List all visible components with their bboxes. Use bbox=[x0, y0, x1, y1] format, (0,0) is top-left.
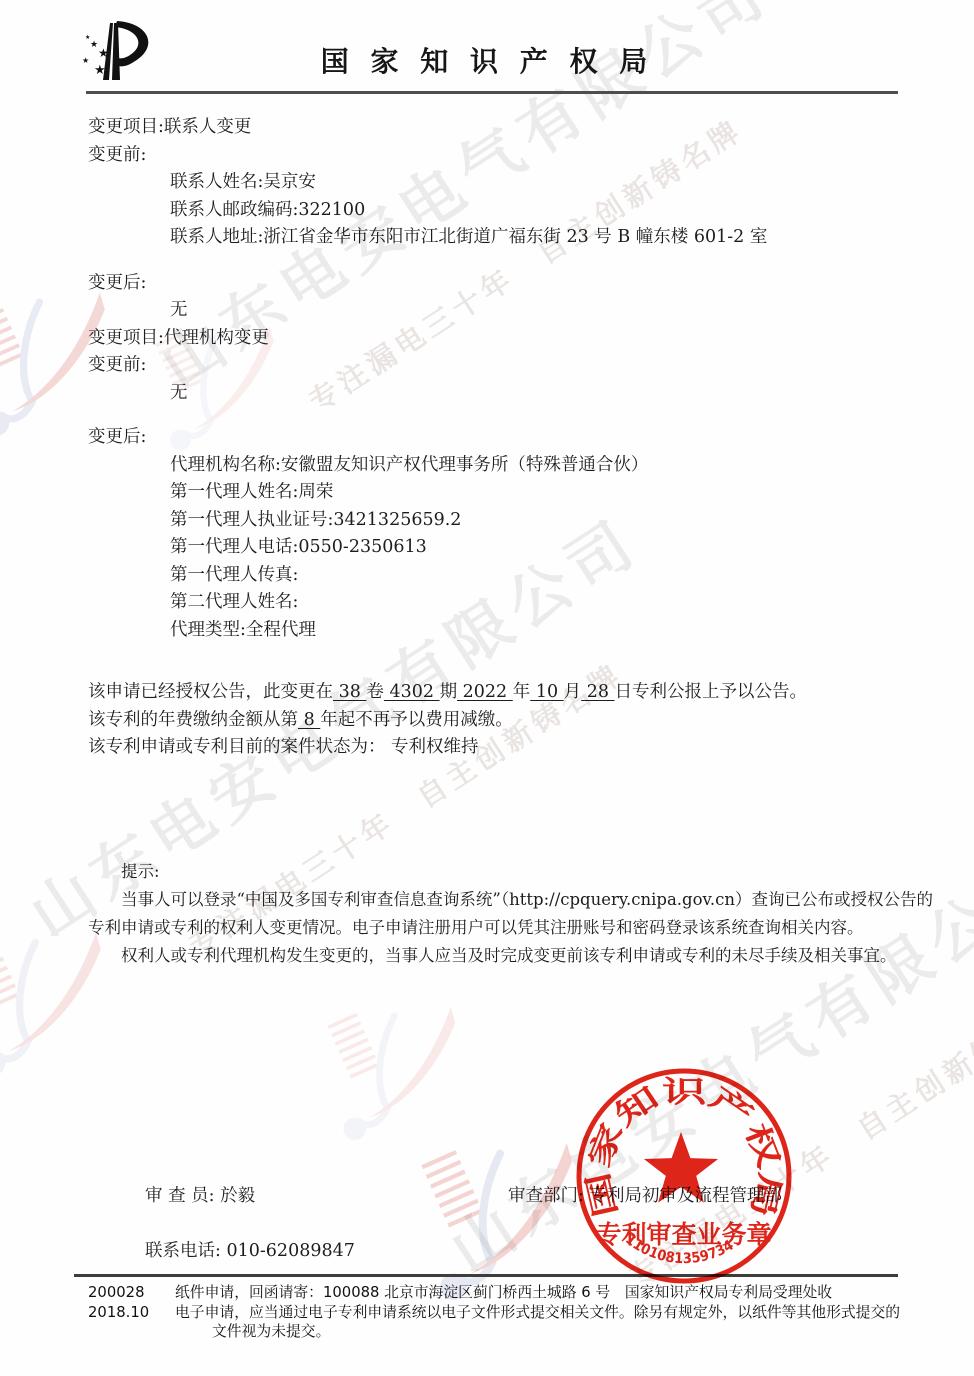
doc-line: 第二代理人姓名: bbox=[88, 589, 936, 617]
doc-line: 第一代理人传真: bbox=[88, 562, 936, 590]
doc-line: 第一代理人姓名:周荣 bbox=[88, 479, 936, 507]
doc-line: 变更项目:联系人变更 bbox=[88, 114, 936, 142]
document-page: 山东电安电气有限公司 专注漏电三十年 自主创新铸名牌 山东电安电气有限公司 专注… bbox=[0, 0, 974, 1376]
doc-line: 第一代理人电话:0550-2350613 bbox=[88, 534, 936, 562]
doc-line: 联系人姓名:吴京安 bbox=[88, 169, 936, 197]
official-seal: 国家知识产权局 专利审查业务章 1101081359734 bbox=[570, 1062, 798, 1290]
notice-paragraph: 当事人可以登录“中国及多国专利审查信息查询系统”（http://cpquery.… bbox=[88, 886, 940, 942]
seal-title-text: 专利审查业务章 bbox=[596, 1220, 771, 1249]
doc-line: 无 bbox=[88, 380, 936, 408]
footer-line: 电子申请，应当通过电子专利申请系统以电子文件形式提交相关文件。除另有规定外，以纸… bbox=[175, 1303, 945, 1323]
footer-line: 文件视为未提交。 bbox=[175, 1322, 945, 1342]
doc-line: 代理类型:全程代理 bbox=[88, 617, 936, 645]
doc-line: 变更后: bbox=[88, 270, 936, 298]
doc-line: 变更项目:代理机构变更 bbox=[88, 325, 936, 353]
case-status-line: 该专利申请或专利目前的案件状态为： 专利权维持 bbox=[88, 734, 936, 762]
footer-form-date: 2018.10 bbox=[88, 1303, 149, 1323]
doc-line: 无 bbox=[88, 297, 936, 325]
examiner-name: 於毅 bbox=[220, 1186, 255, 1206]
star-icon bbox=[644, 1132, 718, 1203]
doc-line: 变更后: bbox=[88, 424, 936, 452]
doc-line: 变更前: bbox=[88, 352, 936, 380]
doc-line: 第一代理人执业证号:3421325659.2 bbox=[88, 507, 936, 535]
publication-line: 该申请已经授权公告，此变更在 38 卷 4302 期 2022 年 10 月 2… bbox=[88, 679, 936, 707]
watermark-logo-icon bbox=[322, 1000, 462, 1147]
footer-form-code: 200028 bbox=[88, 1283, 149, 1303]
header-rule bbox=[86, 91, 898, 94]
phone-number: 010-62089847 bbox=[226, 1241, 354, 1261]
fee-line: 该专利的年费缴纳金额从第 8 年起不再予以费用减缴。 bbox=[88, 707, 936, 735]
notice-title: 提示: bbox=[88, 858, 940, 886]
phone-label: 联系电话: bbox=[145, 1241, 221, 1261]
notice-block: 提示: 当事人可以登录“中国及多国专利审查信息查询系统”（http://cpqu… bbox=[88, 858, 940, 970]
doc-line: 联系人地址:浙江省金华市东阳市江北街道广福东街 23 号 B 幢东楼 601-2… bbox=[88, 224, 936, 252]
doc-line: 代理机构名称:安徽盟友知识产权代理事务所（特殊普通合伙） bbox=[88, 452, 936, 480]
notice-paragraph: 权利人或专利代理机构发生变更的，当事人应当及时完成变更前该专利申请或专利的未尽手… bbox=[88, 942, 940, 970]
examiner-label: 审 查 员: bbox=[145, 1186, 215, 1206]
footer-line: 纸件申请，回函请寄：100088 北京市海淀区蓟门桥西土城路 6 号 国家知识产… bbox=[175, 1283, 945, 1303]
doc-line: 联系人邮政编码:322100 bbox=[88, 197, 936, 225]
page-title: 国 家 知 识 产 权 局 bbox=[0, 40, 974, 80]
document-body: 变更项目:联系人变更 变更前: 联系人姓名:吴京安 联系人邮政编码:322100… bbox=[88, 114, 936, 762]
doc-line: 变更前: bbox=[88, 142, 936, 170]
